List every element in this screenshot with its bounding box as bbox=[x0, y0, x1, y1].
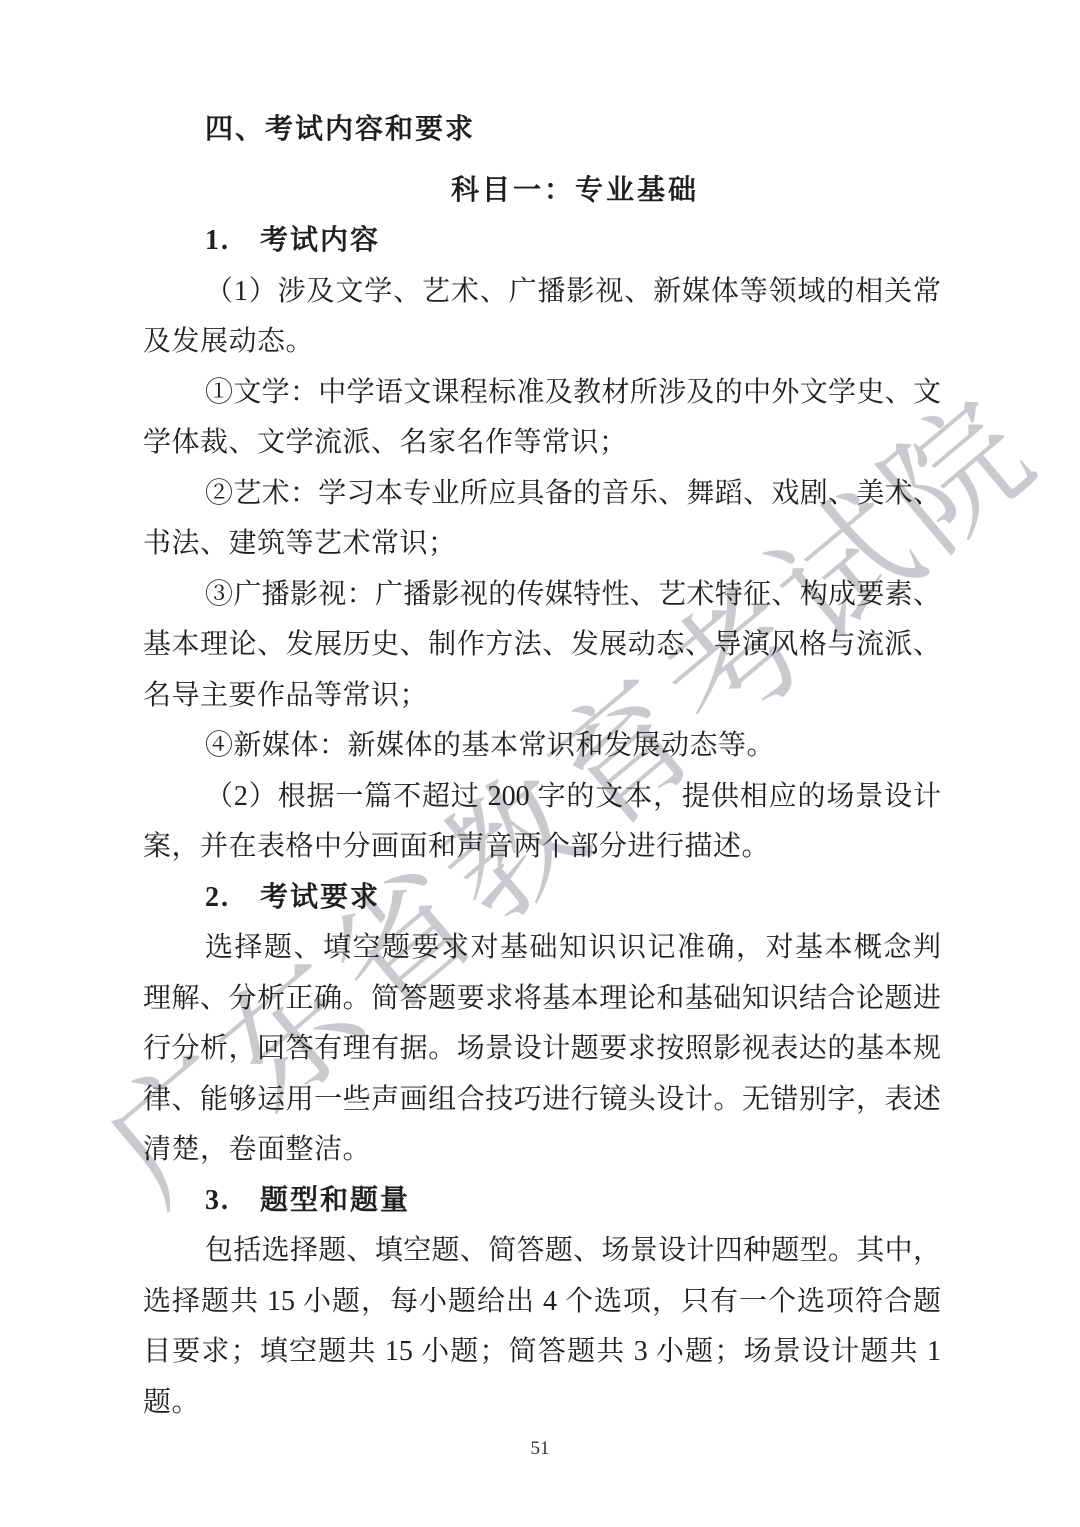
text-line: ②艺术：学习本专业所应具备的音乐、舞蹈、戏剧、美术、 bbox=[143, 469, 941, 520]
document-page: 广东省教育考试院 四、考试内容和要求科目一：专业基础1. 考试内容（1）涉及文学… bbox=[0, 0, 1080, 1527]
text-line: ③广播影视：广播影视的传媒特性、艺术特征、构成要素、 bbox=[143, 570, 941, 621]
text-line: 学体裁、文学流派、名家名作等常识； bbox=[143, 418, 941, 469]
text-line: 理解、分析正确。简答题要求将基本理论和基础知识结合论题进 bbox=[143, 974, 941, 1025]
section-heading: 2. 考试要求 bbox=[143, 873, 941, 924]
section-heading: 1. 考试内容 bbox=[143, 216, 941, 267]
text-line: 案，并在表格中分画面和声音两个部分进行描述。 bbox=[143, 822, 941, 873]
paragraph: 包括选择题、填空题、简答题、场景设计四种题型。其中，选择题共 15 小题，每小题… bbox=[143, 1226, 941, 1428]
text-line: 律、能够运用一些声画组合技巧进行镜头设计。无错别字，表述 bbox=[143, 1075, 941, 1126]
text-line: 名导主要作品等常识； bbox=[143, 671, 941, 722]
text-line: 选择题、填空题要求对基础知识识记准确，对基本概念判断、 bbox=[143, 923, 941, 974]
text-line: 书法、建筑等艺术常识； bbox=[143, 519, 941, 570]
text-line: ①文学：中学语文课程标准及教材所涉及的中外文学史、文 bbox=[143, 368, 941, 419]
page-number: 51 bbox=[0, 1438, 1080, 1460]
section-heading: 3. 题型和题量 bbox=[143, 1176, 941, 1227]
text-line: 目要求；填空题共 15 小题；简答题共 3 小题；场景设计题共 1 bbox=[143, 1327, 941, 1378]
text-line: ④新媒体：新媒体的基本常识和发展动态等。 bbox=[143, 721, 941, 772]
text-line: 及发展动态。 bbox=[143, 317, 941, 368]
section-heading: 四、考试内容和要求 bbox=[143, 105, 941, 156]
paragraph: ①文学：中学语文课程标准及教材所涉及的中外文学史、文学体裁、文学流派、名家名作等… bbox=[143, 368, 941, 469]
text-line: （1）涉及文学、艺术、广播影视、新媒体等领域的相关常识 bbox=[143, 267, 941, 318]
paragraph: （1）涉及文学、艺术、广播影视、新媒体等领域的相关常识及发展动态。 bbox=[143, 267, 941, 368]
text-line: 题。 bbox=[143, 1378, 941, 1429]
paragraph: 选择题、填空题要求对基础知识识记准确，对基本概念判断、理解、分析正确。简答题要求… bbox=[143, 923, 941, 1176]
paragraph: ③广播影视：广播影视的传媒特性、艺术特征、构成要素、基本理论、发展历史、制作方法… bbox=[143, 570, 941, 722]
text-line: （2）根据一篇不超过 200 字的文本，提供相应的场景设计方 bbox=[143, 772, 941, 823]
text-line: 包括选择题、填空题、简答题、场景设计四种题型。其中， bbox=[143, 1226, 941, 1277]
text-line: 行分析，回答有理有据。场景设计题要求按照影视表达的基本规 bbox=[143, 1024, 941, 1075]
paragraph: ④新媒体：新媒体的基本常识和发展动态等。 bbox=[143, 721, 941, 772]
text-line: 清楚，卷面整洁。 bbox=[143, 1125, 941, 1176]
subject-heading: 科目一：专业基础 bbox=[176, 166, 974, 217]
text-line: 选择题共 15 小题，每小题给出 4 个选项，只有一个选项符合题 bbox=[143, 1277, 941, 1328]
text-line: 基本理论、发展历史、制作方法、发展动态、导演风格与流派、 bbox=[143, 620, 941, 671]
paragraph: （2）根据一篇不超过 200 字的文本，提供相应的场景设计方案，并在表格中分画面… bbox=[143, 772, 941, 873]
document-body: 四、考试内容和要求科目一：专业基础1. 考试内容（1）涉及文学、艺术、广播影视、… bbox=[143, 105, 941, 1428]
paragraph: ②艺术：学习本专业所应具备的音乐、舞蹈、戏剧、美术、书法、建筑等艺术常识； bbox=[143, 469, 941, 570]
